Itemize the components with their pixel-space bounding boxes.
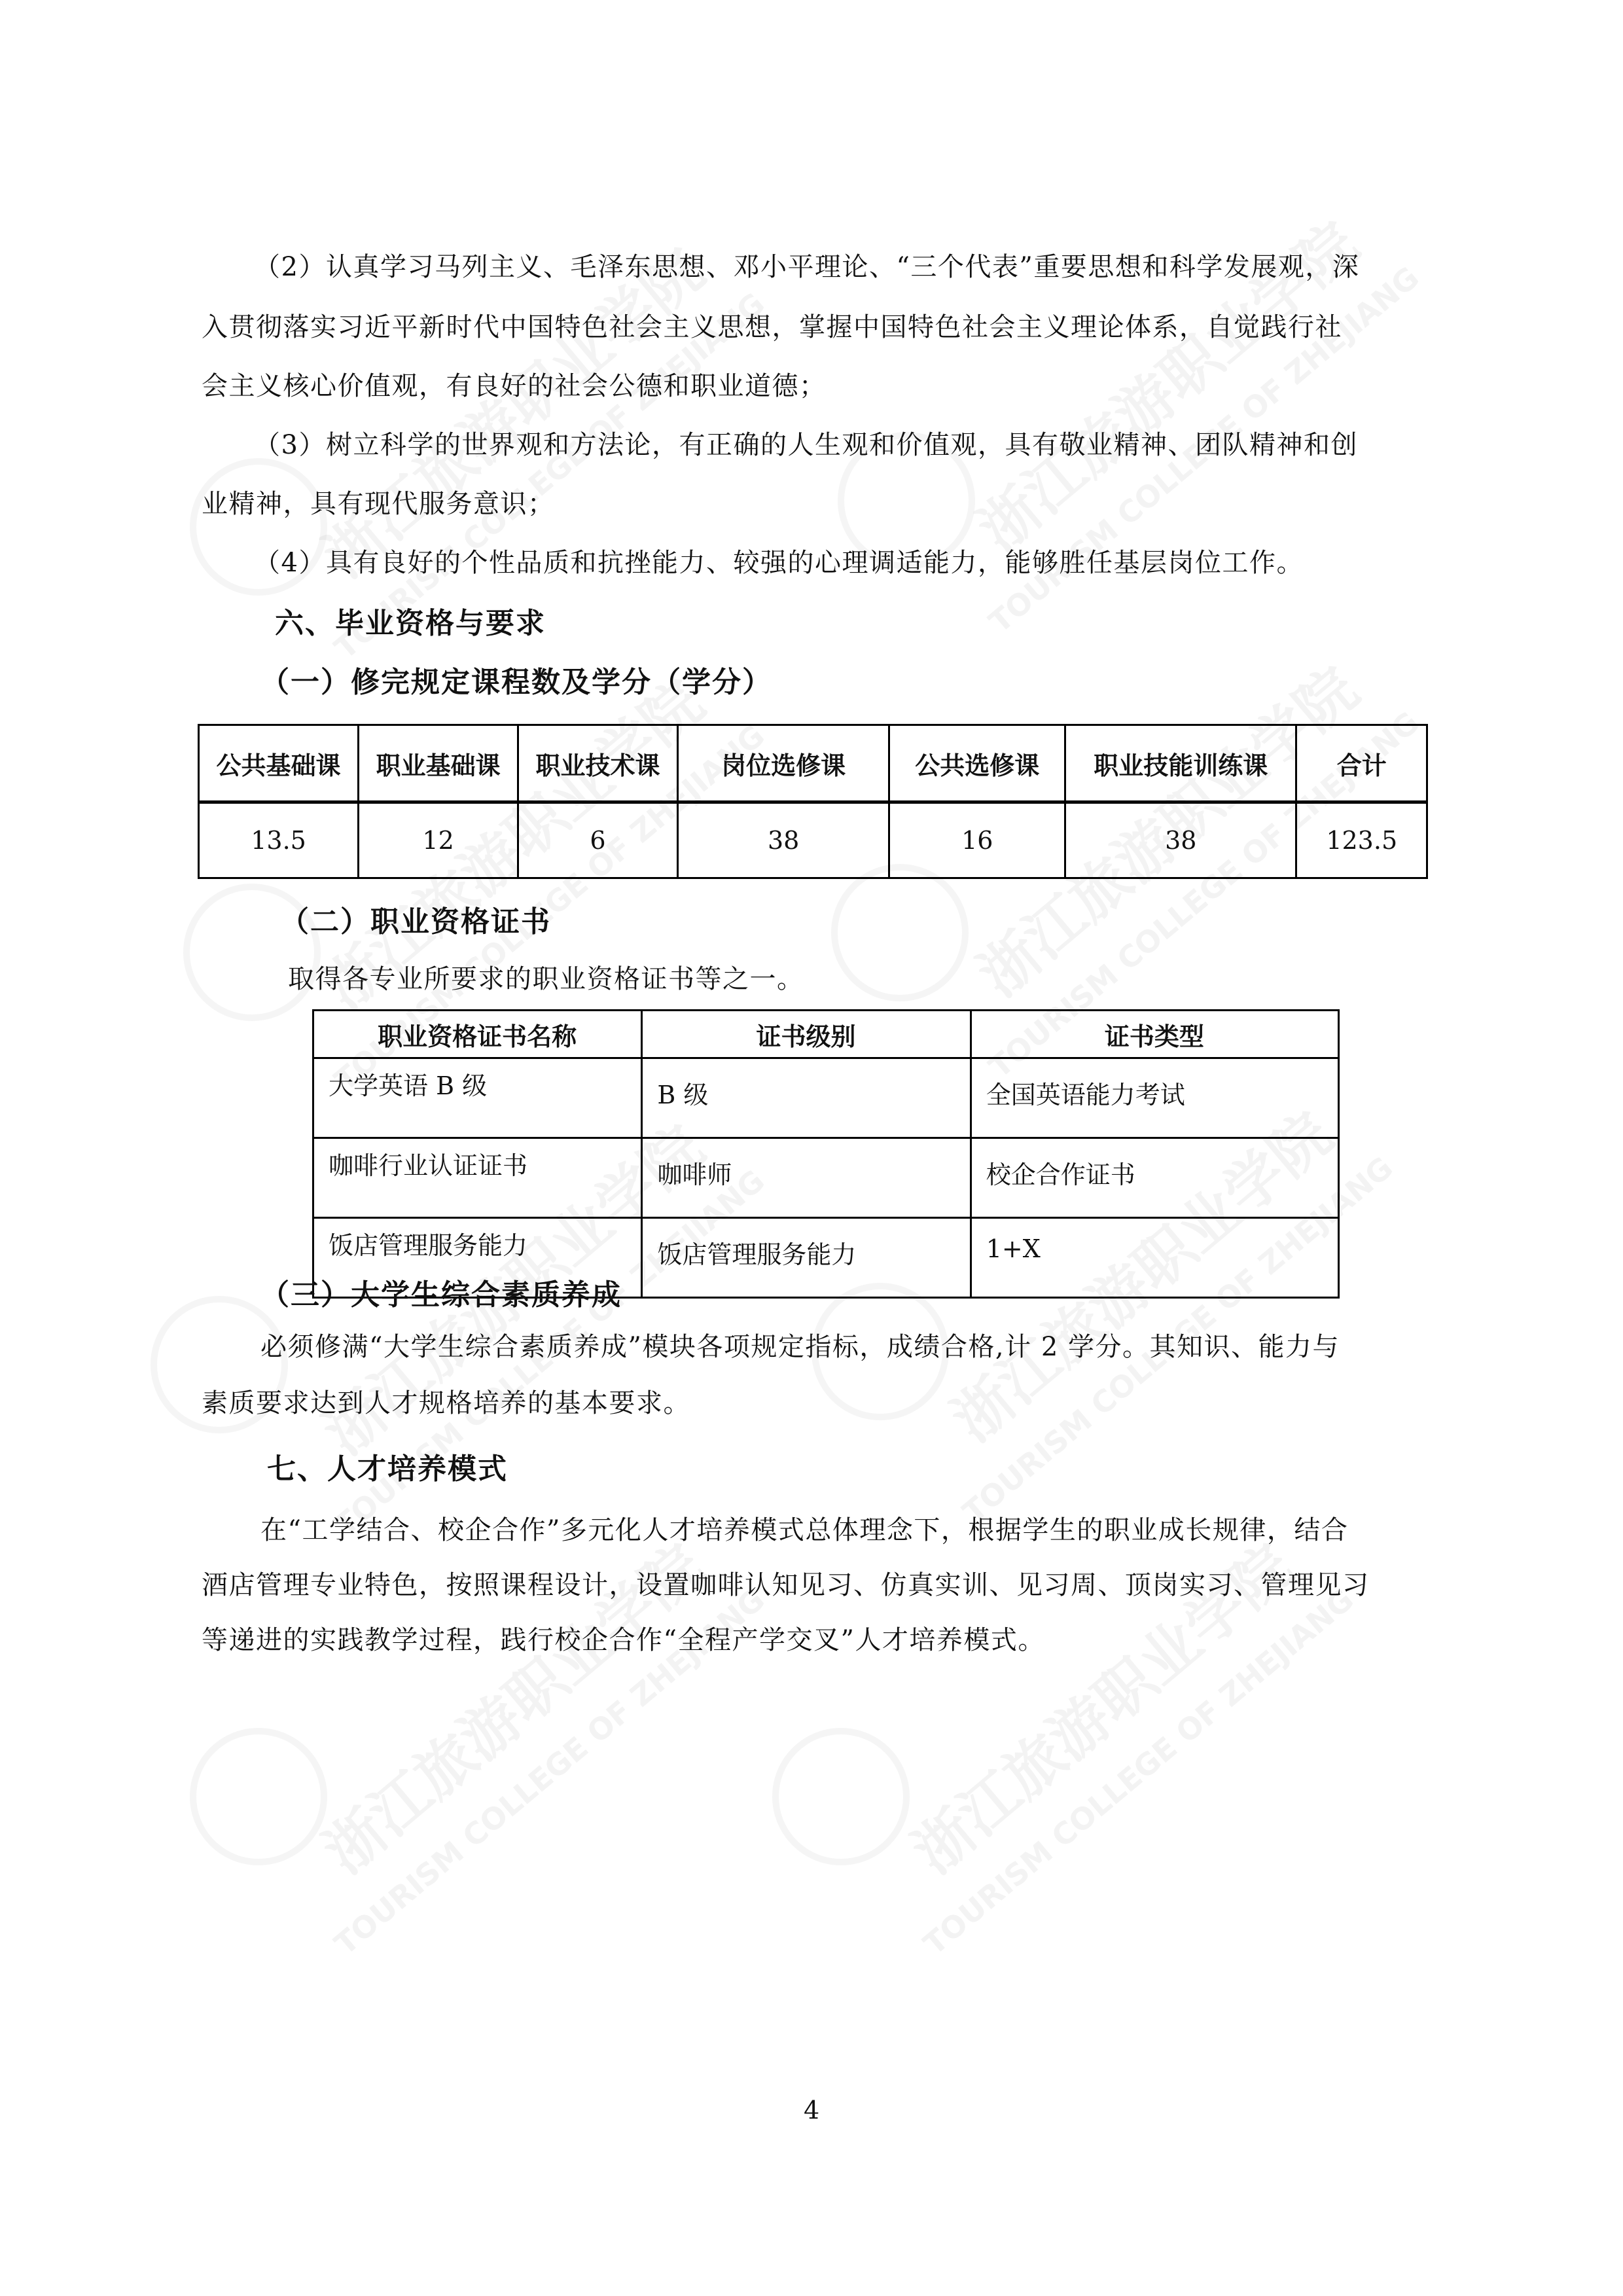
paragraph-3-line-1: （3）树立科学的世界观和方法论，有正确的人生观和价值观，具有敬业精神、团队精神和… xyxy=(254,424,1358,461)
certificates-header-cell: 证书类型 xyxy=(971,1011,1338,1058)
certificate-level: 饭店管理服务能力 xyxy=(642,1218,971,1298)
credits-header-cell: 职业技术课 xyxy=(518,725,678,802)
certificates-intro: 取得各专业所要求的职业资格证书等之一。 xyxy=(288,958,804,996)
certificate-name: 咖啡行业认证证书 xyxy=(313,1138,642,1218)
subsection-3-line-1: 必须修满“大学生综合素质养成”模块各项规定指标，成绩合格,计 2 学分。其知识、… xyxy=(260,1326,1340,1363)
certificates-row: 大学英语 B 级 B 级 全国英语能力考试 xyxy=(313,1058,1339,1138)
page-number: 4 xyxy=(804,2096,819,2125)
credits-value-cell: 38 xyxy=(677,802,889,878)
paragraph-3-line-2: 业精神，具有现代服务意识； xyxy=(202,483,555,520)
credits-header-cell: 公共选修课 xyxy=(889,725,1065,802)
paragraph-4: （4）具有良好的个性品质和抗挫能力、较强的心理调适能力，能够胜任基层岗位工作。 xyxy=(254,542,1304,579)
certificates-header-cell: 证书级别 xyxy=(642,1011,971,1058)
credits-header-cell: 合计 xyxy=(1296,725,1427,802)
credits-header-cell: 岗位选修课 xyxy=(677,725,889,802)
section-7-line-3: 等递进的实践教学过程，践行校企合作“全程产学交叉”人才培养模式。 xyxy=(202,1619,1045,1657)
paragraph-2-line-3: 会主义核心价值观，有良好的社会公德和职业道德； xyxy=(202,365,827,403)
certificate-name: 大学英语 B 级 xyxy=(313,1058,642,1138)
subsection-3-title: （三）大学生综合素质养成 xyxy=(260,1271,622,1313)
subsection-1-title: （一）修完规定课程数及学分（学分） xyxy=(260,658,772,700)
subsection-2-title: （二）职业资格证书 xyxy=(280,898,551,940)
certificates-header-cell: 职业资格证书名称 xyxy=(313,1011,642,1058)
paragraph-2-line-2: 入贯彻落实习近平新时代中国特色社会主义思想，掌握中国特色社会主义理论体系，自觉践… xyxy=(202,306,1342,344)
section-6-title: 六、毕业资格与要求 xyxy=(275,600,546,641)
watermark-seal xyxy=(772,1728,910,1865)
certificate-type: 1+X xyxy=(971,1218,1338,1298)
credits-value-cell: 123.5 xyxy=(1296,802,1427,878)
certificate-type: 全国英语能力考试 xyxy=(971,1058,1338,1138)
credits-value-cell: 16 xyxy=(889,802,1065,878)
credits-header-cell: 职业基础课 xyxy=(359,725,518,802)
credits-header-cell: 职业技能训练课 xyxy=(1065,725,1296,802)
certificate-type: 校企合作证书 xyxy=(971,1138,1338,1218)
certificates-header-row: 职业资格证书名称 证书级别 证书类型 xyxy=(313,1011,1339,1058)
watermark-seal xyxy=(831,864,969,1001)
certificates-row: 咖啡行业认证证书 咖啡师 校企合作证书 xyxy=(313,1138,1339,1218)
credits-value-cell: 38 xyxy=(1065,802,1296,878)
certificate-level: B 级 xyxy=(642,1058,971,1138)
credits-header-cell: 公共基础课 xyxy=(199,725,359,802)
certificate-level: 咖啡师 xyxy=(642,1138,971,1218)
credits-value-cell: 12 xyxy=(359,802,518,878)
section-7-line-2: 酒店管理专业特色，按照课程设计，设置咖啡认知见习、仿真实训、见习周、顶岗实习、管… xyxy=(202,1564,1370,1602)
paragraph-2-line-1: （2）认真学习马列主义、毛泽东思想、邓小平理论、“三个代表”重要思想和科学发展观… xyxy=(254,246,1359,283)
section-7-line-1: 在“工学结合、校企合作”多元化人才培养模式总体理念下，根据学生的职业成长规律，结… xyxy=(260,1509,1348,1547)
credits-value-cell: 13.5 xyxy=(199,802,359,878)
section-7-title: 七、人才培养模式 xyxy=(267,1445,508,1487)
certificates-table: 职业资格证书名称 证书级别 证书类型 大学英语 B 级 B 级 全国英语能力考试… xyxy=(312,1009,1340,1299)
watermark-seal xyxy=(190,1728,327,1865)
credits-header-row: 公共基础课 职业基础课 职业技术课 岗位选修课 公共选修课 职业技能训练课 合计 xyxy=(199,725,1427,802)
credits-value-row: 13.5 12 6 38 16 38 123.5 xyxy=(199,802,1427,878)
subsection-3-line-2: 素质要求达到人才规格培养的基本要求。 xyxy=(202,1382,690,1420)
credits-table: 公共基础课 职业基础课 职业技术课 岗位选修课 公共选修课 职业技能训练课 合计… xyxy=(198,724,1428,879)
credits-value-cell: 6 xyxy=(518,802,678,878)
